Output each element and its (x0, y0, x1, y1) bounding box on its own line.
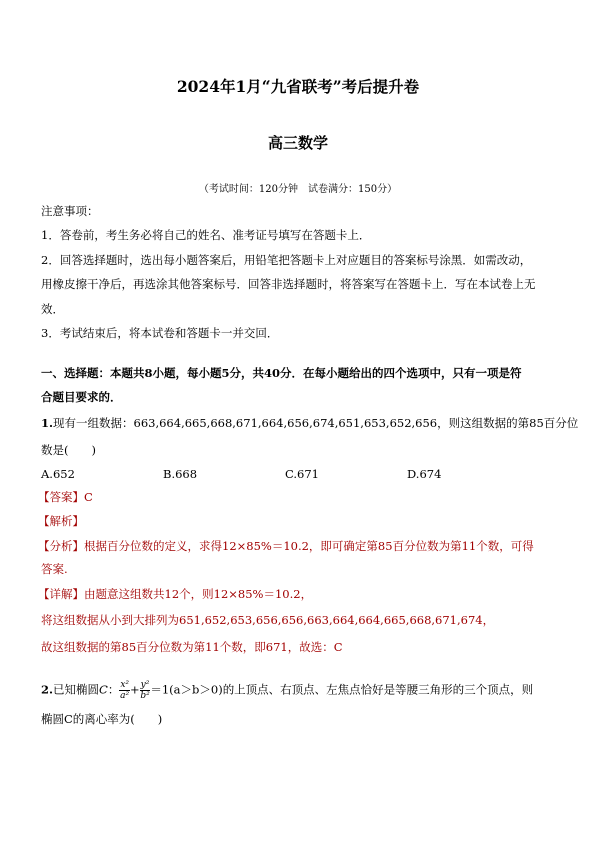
question-2-suffix: 的上顶点、右顶点、左焦点恰好是等腰三角形的三个顶点，则 (223, 683, 534, 697)
question-1-number: 1. (41, 416, 53, 430)
frac-x-den: a² (119, 691, 130, 701)
answer-label: 【答案】 (38, 490, 84, 504)
fenxi-text: 根据百分位数的定义，求得12×85%＝10.2，即可确定第85百分位数为第11个… (84, 539, 534, 553)
option-c: C.671 (285, 467, 319, 481)
frac-x-num: x² (119, 680, 130, 691)
fenxi-label: 【分析】 (38, 539, 84, 553)
colon: ： (108, 683, 120, 697)
exam-title: 2024年1月“九省联考”考后提升卷 (0, 75, 596, 97)
option-a: A.652 (41, 467, 75, 481)
note-item-1: 1．答卷前，考生务必将自己的姓名、准考证号填写在答题卡上． (41, 228, 370, 242)
xiangjie-sorted: 将这组数据从小到大排列为651,652,653,656,656,663,664,… (41, 613, 494, 627)
fenxi-line-cont: 答案. (41, 562, 68, 576)
note-item-2: 2．回答选择题时，选出每小题答案后，用铅笔把答题卡上对应题目的答案标号涂黑．如需… (41, 253, 531, 267)
fenxi-line: 【分析】根据百分位数的定义，求得12×85%＝10.2，即可确定第85百分位数为… (38, 539, 534, 553)
note-item-2-cont: 用橡皮擦干净后，再选涂其他答案标号．回答非选择题时，将答案写在答题卡上．写在本试… (41, 277, 536, 291)
xiangjie-line: 【详解】由题意这组数共12个，则12×85%＝10.2， (38, 587, 312, 601)
question-1-stem-cont: 数是( ) (41, 443, 96, 457)
section-heading-cont: 合题目要求的． (41, 390, 122, 404)
question-2-prefix: 已知椭圆 (53, 683, 99, 697)
frac-y-num: y² (140, 680, 151, 691)
frac-y-den: b² (140, 691, 151, 701)
question-1-stem: 1.现有一组数据：663,664,665,668,671,664,656,674… (41, 416, 578, 430)
xiangjie-conclusion: 故这组数据的第85百分位数为第11个数，即671，故选：C (41, 640, 343, 654)
subject-title: 高三数学 (0, 132, 596, 153)
xiangjie-text: 由题意这组数共12个，则12×85%＝10.2， (84, 587, 312, 601)
option-d: D.674 (407, 467, 441, 481)
question-2-number: 2. (41, 683, 53, 697)
answer-line: 【答案】C (38, 490, 93, 504)
notes-heading: 注意事项： (41, 204, 99, 218)
ellipse-var: C (99, 683, 108, 697)
analysis-label: 【解析】 (38, 514, 84, 528)
answer-value: C (84, 490, 93, 504)
fraction-x: x²a² (119, 680, 130, 701)
question-2-stem-cont: 椭圆C的离心率为( ) (41, 712, 162, 726)
note-item-3: 3．考试结束后，将本试卷和答题卡一并交回． (41, 326, 278, 340)
question-1-text: 现有一组数据：663,664,665,668,671,664,656,674,6… (53, 416, 578, 430)
ellipse-condition: ＝1(a＞b＞0) (150, 683, 222, 697)
question-2-stem: 2.已知椭圆C：x²a²+y²b²＝1(a＞b＞0)的上顶点、右顶点、左焦点恰好… (41, 680, 533, 701)
plus-sign: + (130, 683, 140, 697)
question-1-options: A.652 B.668 C.671 D.674 (41, 467, 561, 481)
section-heading: 一、选择题：本题共8小题，每小题5分，共40分．在每小题给出的四个选项中，只有一… (41, 366, 522, 380)
note-item-2-end: 效． (41, 302, 64, 316)
fraction-y: y²b² (140, 680, 151, 701)
option-b: B.668 (163, 467, 197, 481)
exam-info: （考试时间：120分钟 试卷满分：150分） (0, 180, 596, 195)
xiangjie-label: 【详解】 (38, 587, 84, 601)
